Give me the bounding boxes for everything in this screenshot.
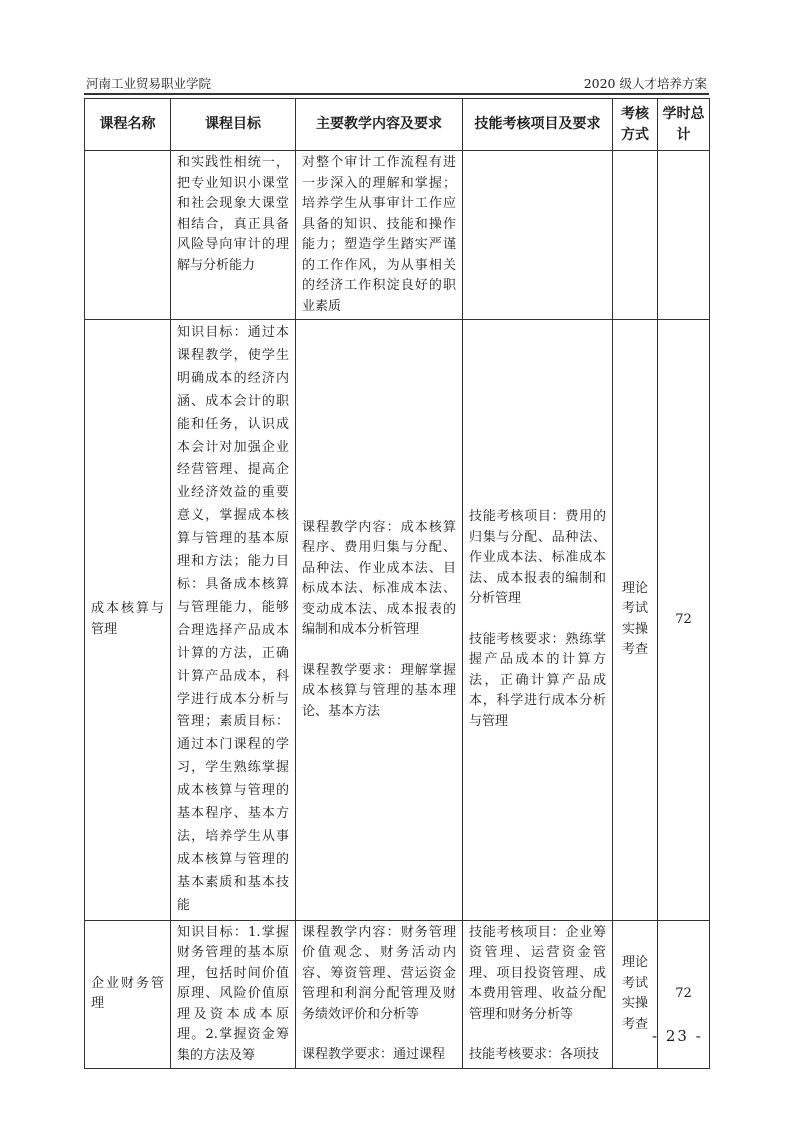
header-institution: 河南工业贸易职业学院	[86, 74, 211, 92]
content-cell: 课程教学内容：成本核算程序、费用归集与分配、品种法、作业成本法、目标成本法、标准…	[296, 320, 463, 921]
course-name-cell: 企业财务管理	[85, 920, 171, 1069]
curriculum-table: 课程名称 课程目标 主要教学内容及要求 技能考核项目及要求 考核方式 学时总计 …	[84, 98, 710, 1069]
content-teaching-requirement: 课程教学要求：理解掌握成本核算与管理的基本理论、基本方法	[302, 661, 456, 723]
column-header-hours: 学时总计	[658, 99, 710, 151]
skills-assessment-items: 技能考核项目：企业筹资管理、运营资金管理、项目投资管理、成本费用管理、收益分配管…	[469, 923, 606, 1026]
hours-cell	[658, 151, 710, 320]
skills-cell	[463, 151, 613, 320]
content-teaching-content: 课程教学内容：成本核算程序、费用归集与分配、品种法、作业成本法、目标成本法、标准…	[302, 518, 456, 641]
page-number: - 23 -	[652, 1027, 703, 1045]
table-row: 和实践性相统一，把专业知识小课堂和社会现象大课堂相结合，真正具备风险导向审计的理…	[85, 151, 710, 320]
course-goal-cell: 和实践性相统一，把专业知识小课堂和社会现象大课堂相结合，真正具备风险导向审计的理…	[171, 151, 296, 320]
column-header-content: 主要教学内容及要求	[296, 99, 463, 151]
column-header-course-name: 课程名称	[85, 99, 171, 151]
course-name-cell	[85, 151, 171, 320]
skills-assessment-requirement: 技能考核要求：熟练掌握产品成本的计算方法，正确计算产品成本，科学进行成本分析与管…	[469, 630, 606, 733]
column-header-skills: 技能考核项目及要求	[463, 99, 613, 151]
assessment-cell: 理论考试实操考查	[613, 320, 658, 921]
column-header-course-goal: 课程目标	[171, 99, 296, 151]
content-paragraph: 对整个审计工作流程有进一步深入的理解和掌握；培养学生从事审计工作应具备的知识、技…	[302, 153, 456, 317]
hours-cell: 72	[658, 320, 710, 921]
table-header-row: 课程名称 课程目标 主要教学内容及要求 技能考核项目及要求 考核方式 学时总计	[85, 99, 710, 151]
content-teaching-content: 课程教学内容：财务管理价值观念、财务活动内容、筹资管理、营运资金管理和利润分配管…	[302, 923, 456, 1026]
skills-assessment-requirement: 技能考核要求：各项技	[469, 1045, 606, 1066]
content-teaching-requirement: 课程教学要求：通过课程	[302, 1045, 456, 1066]
header-document-title: 2020 级人才培养方案	[584, 74, 707, 92]
assessment-cell: 理论考试实操考查	[613, 920, 658, 1069]
course-name-cell: 成本核算与管理	[85, 320, 171, 921]
column-header-assessment: 考核方式	[613, 99, 658, 151]
content-cell: 课程教学内容：财务管理价值观念、财务活动内容、筹资管理、营运资金管理和利润分配管…	[296, 920, 463, 1069]
course-goal-cell: 知识目标：通过本课程教学，使学生明确成本的经济内涵、成本会计的职能和任务，认识成…	[171, 320, 296, 921]
table-row: 企业财务管理 知识目标：1.掌握财务管理的基本原理，包括时间价值原理、风险价值原…	[85, 920, 710, 1069]
course-goal-cell: 知识目标：1.掌握财务管理的基本原理，包括时间价值原理、风险价值原理及资本成本原…	[171, 920, 296, 1069]
header-rule	[84, 93, 709, 95]
hours-cell: 72	[658, 920, 710, 1069]
content-cell: 对整个审计工作流程有进一步深入的理解和掌握；培养学生从事审计工作应具备的知识、技…	[296, 151, 463, 320]
skills-assessment-items: 技能考核项目：费用的归集与分配、品种法、作业成本法、标准成本法、成本报表的编制和…	[469, 507, 606, 610]
table-row: 成本核算与管理 知识目标：通过本课程教学，使学生明确成本的经济内涵、成本会计的职…	[85, 320, 710, 921]
assessment-cell	[613, 151, 658, 320]
skills-cell: 技能考核项目：企业筹资管理、运营资金管理、项目投资管理、成本费用管理、收益分配管…	[463, 920, 613, 1069]
skills-cell: 技能考核项目：费用的归集与分配、品种法、作业成本法、标准成本法、成本报表的编制和…	[463, 320, 613, 921]
